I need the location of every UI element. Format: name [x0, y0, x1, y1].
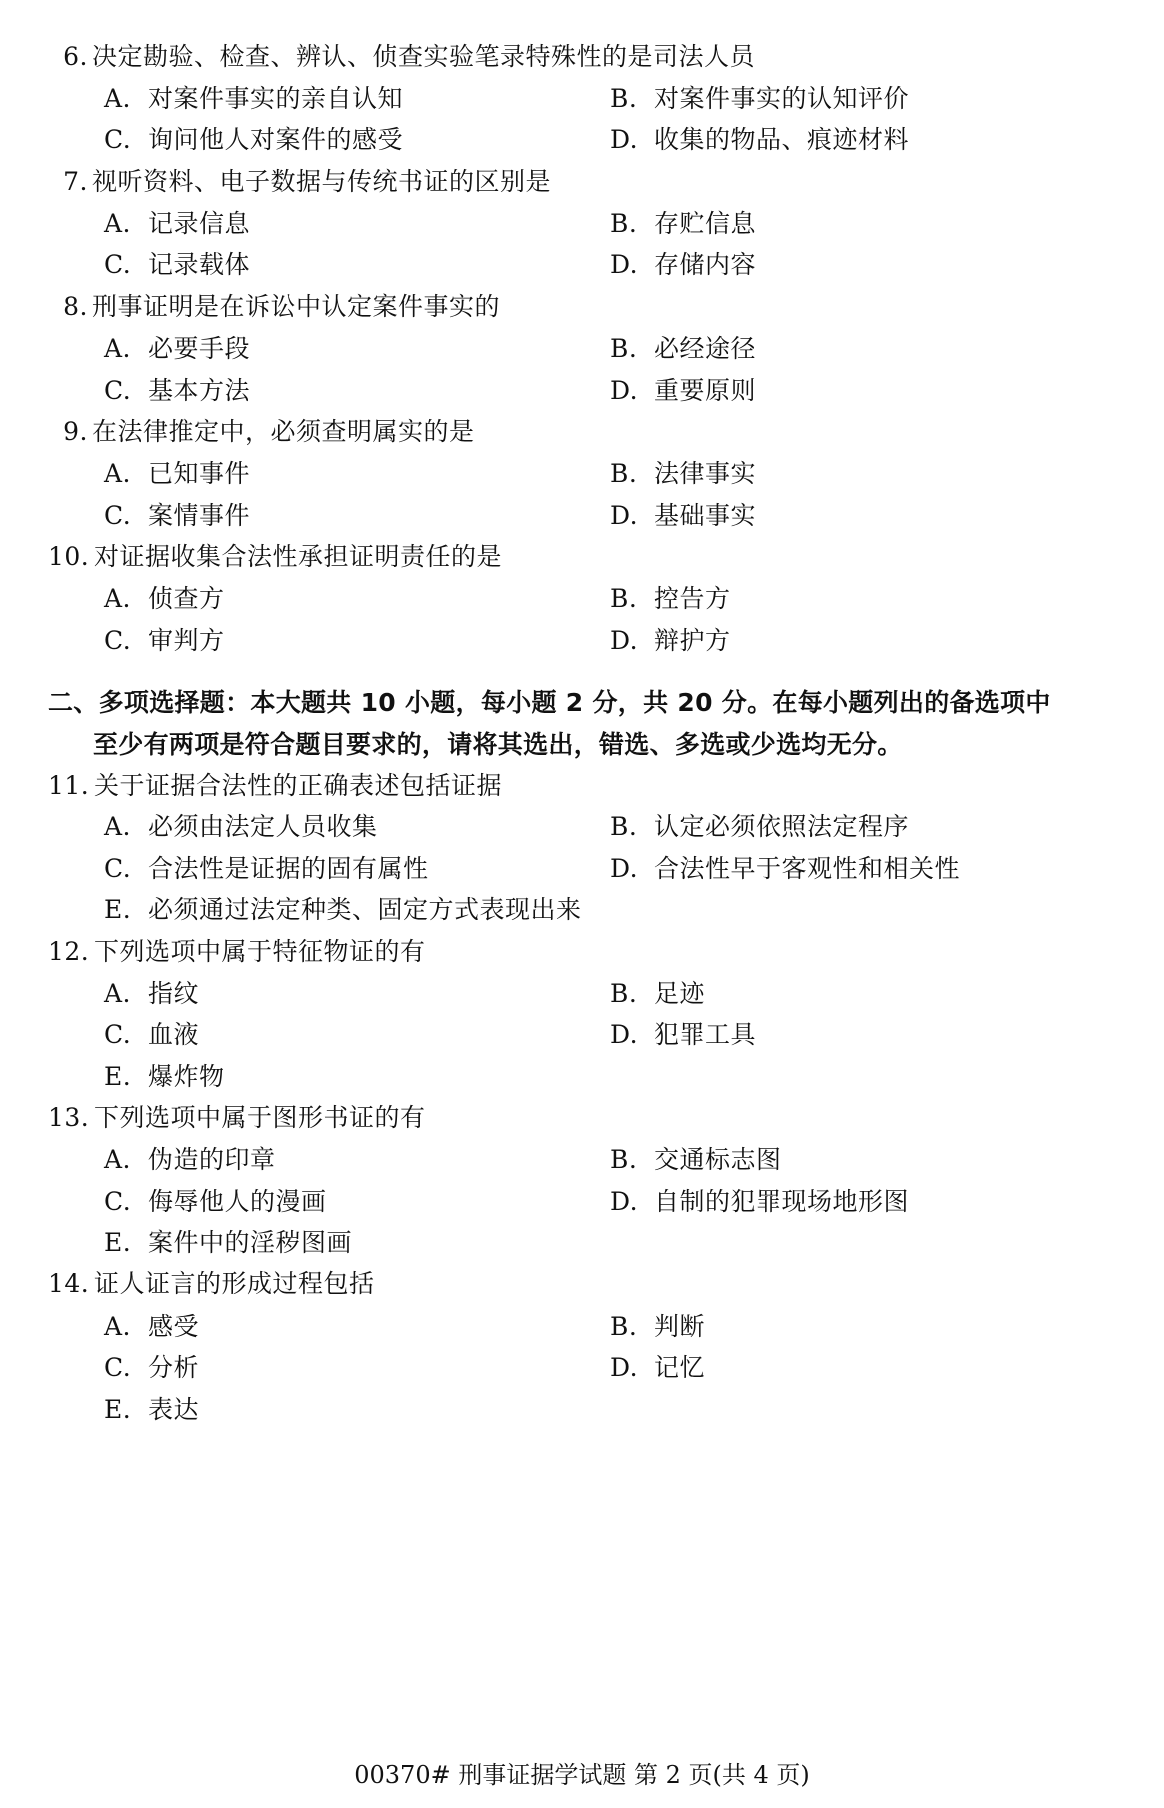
- option: D.合法性早于客观性和相关性: [610, 853, 960, 885]
- question-stem: 10.对证据收集合法性承担证明责任的是: [48, 541, 502, 573]
- option-letter: B.: [610, 208, 654, 240]
- option: C.血液: [104, 1019, 199, 1051]
- option-letter: D.: [610, 1186, 654, 1218]
- option: E.必须通过法定种类、固定方式表现出来: [104, 894, 582, 926]
- option-text: 犯罪工具: [654, 1020, 756, 1049]
- option-letter: D.: [610, 853, 654, 885]
- option: A.对案件事实的亲自认知: [104, 83, 403, 115]
- option: E.爆炸物: [104, 1061, 225, 1093]
- option-letter: C.: [104, 249, 148, 281]
- option-text: 侮辱他人的漫画: [148, 1187, 327, 1216]
- option-letter: C.: [104, 500, 148, 532]
- option: A.必要手段: [104, 333, 250, 365]
- option-text: 收集的物品、痕迹材料: [654, 125, 909, 154]
- option-text: 交通标志图: [654, 1145, 782, 1174]
- option-text: 对案件事实的认知评价: [654, 84, 909, 113]
- option-text: 爆炸物: [148, 1062, 225, 1091]
- option-text: 分析: [148, 1353, 199, 1382]
- option-letter: A.: [104, 811, 148, 843]
- question-stem: 11.关于证据合法性的正确表述包括证据: [48, 770, 502, 802]
- option: B.法律事实: [610, 458, 756, 490]
- option-text: 记录载体: [148, 250, 250, 279]
- question-number: 6.: [48, 41, 92, 73]
- option: C.分析: [104, 1352, 199, 1384]
- option-text: 指纹: [148, 979, 199, 1008]
- option: A.必须由法定人员收集: [104, 811, 378, 843]
- option-letter: A.: [104, 458, 148, 490]
- option-text: 伪造的印章: [148, 1145, 276, 1174]
- option: D.存储内容: [610, 249, 756, 281]
- option-letter: A.: [104, 1144, 148, 1176]
- question-stem: 8.刑事证明是在诉讼中认定案件事实的: [48, 291, 500, 323]
- option-letter: C.: [104, 853, 148, 885]
- option: E.案件中的淫秽图画: [104, 1227, 352, 1259]
- option-letter: C.: [104, 375, 148, 407]
- option-text: 自制的犯罪现场地形图: [654, 1187, 909, 1216]
- question-number: 13.: [48, 1102, 94, 1134]
- option-letter: E.: [104, 1227, 148, 1259]
- option-letter: B.: [610, 333, 654, 365]
- page-footer: 00370# 刑事证据学试题 第 2 页(共 4 页): [0, 1760, 1164, 1790]
- option-text: 侦查方: [148, 584, 225, 613]
- option-letter: C.: [104, 1186, 148, 1218]
- option-letter: A.: [104, 208, 148, 240]
- question-text: 在法律推定中，必须查明属实的是: [92, 417, 475, 446]
- option-letter: D.: [610, 500, 654, 532]
- section-heading: 二、多项选择题：本大题共 10 小题，每小题 2 分，共 20 分。在每小题列出…: [48, 687, 1051, 719]
- option: B.对案件事实的认知评价: [610, 83, 909, 115]
- option-letter: B.: [610, 458, 654, 490]
- option: C.记录载体: [104, 249, 250, 281]
- option-letter: C.: [104, 1019, 148, 1051]
- option-letter: E.: [104, 1394, 148, 1426]
- question-stem: 7.视听资料、电子数据与传统书证的区别是: [48, 166, 551, 198]
- option: E.表达: [104, 1394, 199, 1426]
- option-letter: A.: [104, 583, 148, 615]
- option-letter: B.: [610, 811, 654, 843]
- option-text: 合法性早于客观性和相关性: [654, 854, 960, 883]
- option-text: 基本方法: [148, 376, 250, 405]
- question-stem: 12.下列选项中属于特征物证的有: [48, 936, 426, 968]
- option-letter: B.: [610, 1311, 654, 1343]
- section-instructions: 至少有两项是符合题目要求的，请将其选出，错选、多选或少选均无分。: [93, 729, 903, 761]
- option: B.判断: [610, 1311, 705, 1343]
- option-text: 记忆: [654, 1353, 705, 1382]
- question-text: 证人证言的形成过程包括: [94, 1269, 375, 1298]
- question-stem: 9.在法律推定中，必须查明属实的是: [48, 416, 475, 448]
- option-letter: B.: [610, 583, 654, 615]
- option-letter: A.: [104, 1311, 148, 1343]
- option-text: 法律事实: [654, 459, 756, 488]
- question-stem: 6.决定勘验、检查、辨认、侦查实验笔录特殊性的是司法人员: [48, 41, 755, 73]
- option-text: 表达: [148, 1395, 199, 1424]
- question-number: 8.: [48, 291, 92, 323]
- option-text: 必要手段: [148, 334, 250, 363]
- question-number: 7.: [48, 166, 92, 198]
- option-text: 对案件事实的亲自认知: [148, 84, 403, 113]
- question-text: 关于证据合法性的正确表述包括证据: [94, 771, 502, 800]
- option-letter: C.: [104, 1352, 148, 1384]
- option-letter: A.: [104, 333, 148, 365]
- option-letter: D.: [610, 249, 654, 281]
- option: C.侮辱他人的漫画: [104, 1186, 327, 1218]
- question-text: 刑事证明是在诉讼中认定案件事实的: [92, 292, 500, 321]
- option-text: 存储内容: [654, 250, 756, 279]
- option: D.基础事实: [610, 500, 756, 532]
- option: D.辩护方: [610, 625, 731, 657]
- option-text: 基础事实: [654, 501, 756, 530]
- option-letter: D.: [610, 375, 654, 407]
- question-stem: 13.下列选项中属于图形书证的有: [48, 1102, 426, 1134]
- option-text: 已知事件: [148, 459, 250, 488]
- option-text: 询问他人对案件的感受: [148, 125, 403, 154]
- exam-page: 6.决定勘验、检查、辨认、侦查实验笔录特殊性的是司法人员 A.对案件事实的亲自认…: [0, 0, 1164, 1808]
- option: C.审判方: [104, 625, 225, 657]
- option-text: 审判方: [148, 626, 225, 655]
- option-letter: C.: [104, 124, 148, 156]
- option: B.交通标志图: [610, 1144, 782, 1176]
- option: C.合法性是证据的固有属性: [104, 853, 429, 885]
- option-text: 存贮信息: [654, 209, 756, 238]
- option-text: 必经途径: [654, 334, 756, 363]
- option-letter: E.: [104, 894, 148, 926]
- option: B.存贮信息: [610, 208, 756, 240]
- question-text: 视听资料、电子数据与传统书证的区别是: [92, 167, 551, 196]
- option: B.控告方: [610, 583, 731, 615]
- option: B.认定必须依照法定程序: [610, 811, 909, 843]
- option-text: 记录信息: [148, 209, 250, 238]
- option: A.伪造的印章: [104, 1144, 276, 1176]
- option: D.重要原则: [610, 375, 756, 407]
- option: B.必经途径: [610, 333, 756, 365]
- option-text: 辩护方: [654, 626, 731, 655]
- option: C.基本方法: [104, 375, 250, 407]
- question-text: 对证据收集合法性承担证明责任的是: [94, 542, 502, 571]
- option-text: 案件中的淫秽图画: [148, 1228, 352, 1257]
- option-text: 合法性是证据的固有属性: [148, 854, 429, 883]
- option-letter: D.: [610, 1019, 654, 1051]
- option: D.记忆: [610, 1352, 705, 1384]
- option: D.收集的物品、痕迹材料: [610, 124, 909, 156]
- option-letter: D.: [610, 124, 654, 156]
- option: A.指纹: [104, 978, 199, 1010]
- option-text: 判断: [654, 1312, 705, 1341]
- option-letter: B.: [610, 1144, 654, 1176]
- option-letter: B.: [610, 83, 654, 115]
- option-letter: C.: [104, 625, 148, 657]
- question-stem: 14.证人证言的形成过程包括: [48, 1268, 375, 1300]
- question-text: 下列选项中属于图形书证的有: [94, 1103, 426, 1132]
- option: A.记录信息: [104, 208, 250, 240]
- question-text: 决定勘验、检查、辨认、侦查实验笔录特殊性的是司法人员: [92, 42, 755, 71]
- option-text: 血液: [148, 1020, 199, 1049]
- option: A.侦查方: [104, 583, 225, 615]
- option: C.案情事件: [104, 500, 250, 532]
- option-text: 必须由法定人员收集: [148, 812, 378, 841]
- question-number: 10.: [48, 541, 94, 573]
- option-letter: D.: [610, 625, 654, 657]
- option: A.已知事件: [104, 458, 250, 490]
- question-number: 14.: [48, 1268, 94, 1300]
- question-number: 9.: [48, 416, 92, 448]
- option-letter: E.: [104, 1061, 148, 1093]
- option-letter: D.: [610, 1352, 654, 1384]
- option-letter: A.: [104, 978, 148, 1010]
- option-letter: B.: [610, 978, 654, 1010]
- option: D.犯罪工具: [610, 1019, 756, 1051]
- option-letter: A.: [104, 83, 148, 115]
- option-text: 必须通过法定种类、固定方式表现出来: [148, 895, 582, 924]
- option-text: 案情事件: [148, 501, 250, 530]
- option: A.感受: [104, 1311, 199, 1343]
- option-text: 控告方: [654, 584, 731, 613]
- option-text: 认定必须依照法定程序: [654, 812, 909, 841]
- option: D.自制的犯罪现场地形图: [610, 1186, 909, 1218]
- option-text: 重要原则: [654, 376, 756, 405]
- option-text: 感受: [148, 1312, 199, 1341]
- option-text: 足迹: [654, 979, 705, 1008]
- option: B.足迹: [610, 978, 705, 1010]
- question-text: 下列选项中属于特征物证的有: [94, 937, 426, 966]
- question-number: 11.: [48, 770, 94, 802]
- question-number: 12.: [48, 936, 94, 968]
- option: C.询问他人对案件的感受: [104, 124, 403, 156]
